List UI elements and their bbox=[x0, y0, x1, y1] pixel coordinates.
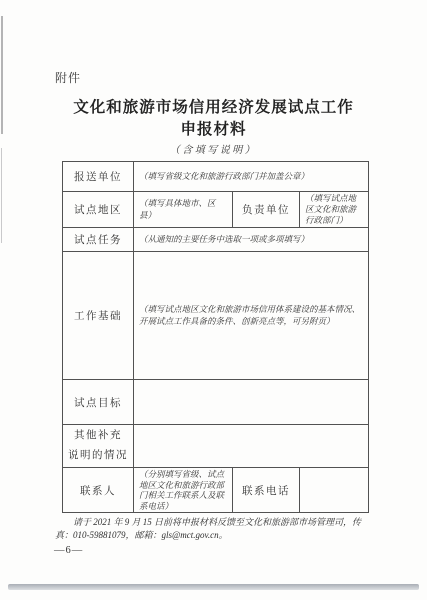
pilot-area-hint: （填写具体地市、区县） bbox=[134, 192, 233, 228]
document-title-line2: 申报材料 bbox=[0, 119, 427, 141]
other-notes-label-line1: 其他补充 bbox=[68, 426, 128, 446]
responsible-unit-hint: （填写试点地区文化和旅游行政部门） bbox=[300, 192, 369, 228]
document-subtitle: （含填写说明） bbox=[0, 141, 427, 156]
row-pilot-task: 试点任务 （从通知的主要任务中选取一项或多项填写） bbox=[63, 228, 369, 252]
application-form-table: 报送单位 （填写省级文化和旅游行政部门并加盖公章） 试点地区 （填写具体地市、区… bbox=[62, 161, 369, 513]
submit-unit-label: 报送单位 bbox=[63, 162, 134, 192]
row-other-notes: 其他补充 说明的情况 bbox=[63, 425, 369, 468]
row-contact: 联系人 （分别填写省级、试点地区文化和旅游行政部门相关工作联系人及联系电话） 联… bbox=[63, 468, 369, 513]
other-notes-value-cell bbox=[134, 425, 369, 468]
footer-submission-note: 请于 2021 年 9 月 15 日前将申报材料反馈至文化和旅游部市场管理司，传… bbox=[55, 516, 377, 542]
pilot-task-hint: （从通知的主要任务中选取一项或多项填写） bbox=[134, 228, 369, 252]
scanned-document-page: 附件 文化和旅游市场信用经济发展试点工作 申报材料 （含填写说明） 报送单位 （… bbox=[0, 0, 427, 600]
scan-edge-artifact bbox=[1, 148, 2, 243]
document-title-line1: 文化和旅游市场信用经济发展试点工作 bbox=[0, 97, 427, 119]
row-submit-unit: 报送单位 （填写省级文化和旅游行政部门并加盖公章） bbox=[63, 162, 369, 192]
work-basis-label: 工作基础 bbox=[63, 252, 134, 380]
row-pilot-area: 试点地区 （填写具体地市、区县） 负责单位 （填写试点地区文化和旅游行政部门） bbox=[63, 192, 369, 228]
pilot-task-label: 试点任务 bbox=[63, 228, 134, 252]
scan-shadow-artifact bbox=[8, 584, 419, 590]
pilot-goal-value-cell bbox=[134, 380, 369, 425]
other-notes-label-line2: 说明的情况 bbox=[68, 446, 128, 466]
pilot-area-label: 试点地区 bbox=[63, 192, 134, 228]
page-number: —6— bbox=[54, 545, 83, 556]
row-pilot-goal: 试点目标 bbox=[63, 380, 369, 425]
submit-unit-hint: （填写省级文化和旅游行政部门并加盖公章） bbox=[134, 162, 369, 192]
contact-person-label: 联系人 bbox=[63, 468, 134, 513]
row-work-basis: 工作基础 （填写试点地区文化和旅游市场信用体系建设的基本情况、开展试点工作具备的… bbox=[63, 252, 369, 380]
attachment-label: 附件 bbox=[55, 69, 81, 86]
work-basis-hint: （填写试点地区文化和旅游市场信用体系建设的基本情况、开展试点工作具备的条件、创新… bbox=[134, 252, 369, 380]
pilot-goal-label: 试点目标 bbox=[63, 380, 134, 425]
responsible-unit-label: 负责单位 bbox=[233, 192, 300, 228]
contact-phone-label: 联系电话 bbox=[233, 468, 300, 513]
contact-person-hint: （分别填写省级、试点地区文化和旅游行政部门相关工作联系人及联系电话） bbox=[134, 468, 233, 513]
contact-phone-value-cell bbox=[300, 468, 369, 513]
document-title: 文化和旅游市场信用经济发展试点工作 申报材料 bbox=[0, 97, 427, 141]
other-notes-label: 其他补充 说明的情况 bbox=[63, 425, 134, 468]
